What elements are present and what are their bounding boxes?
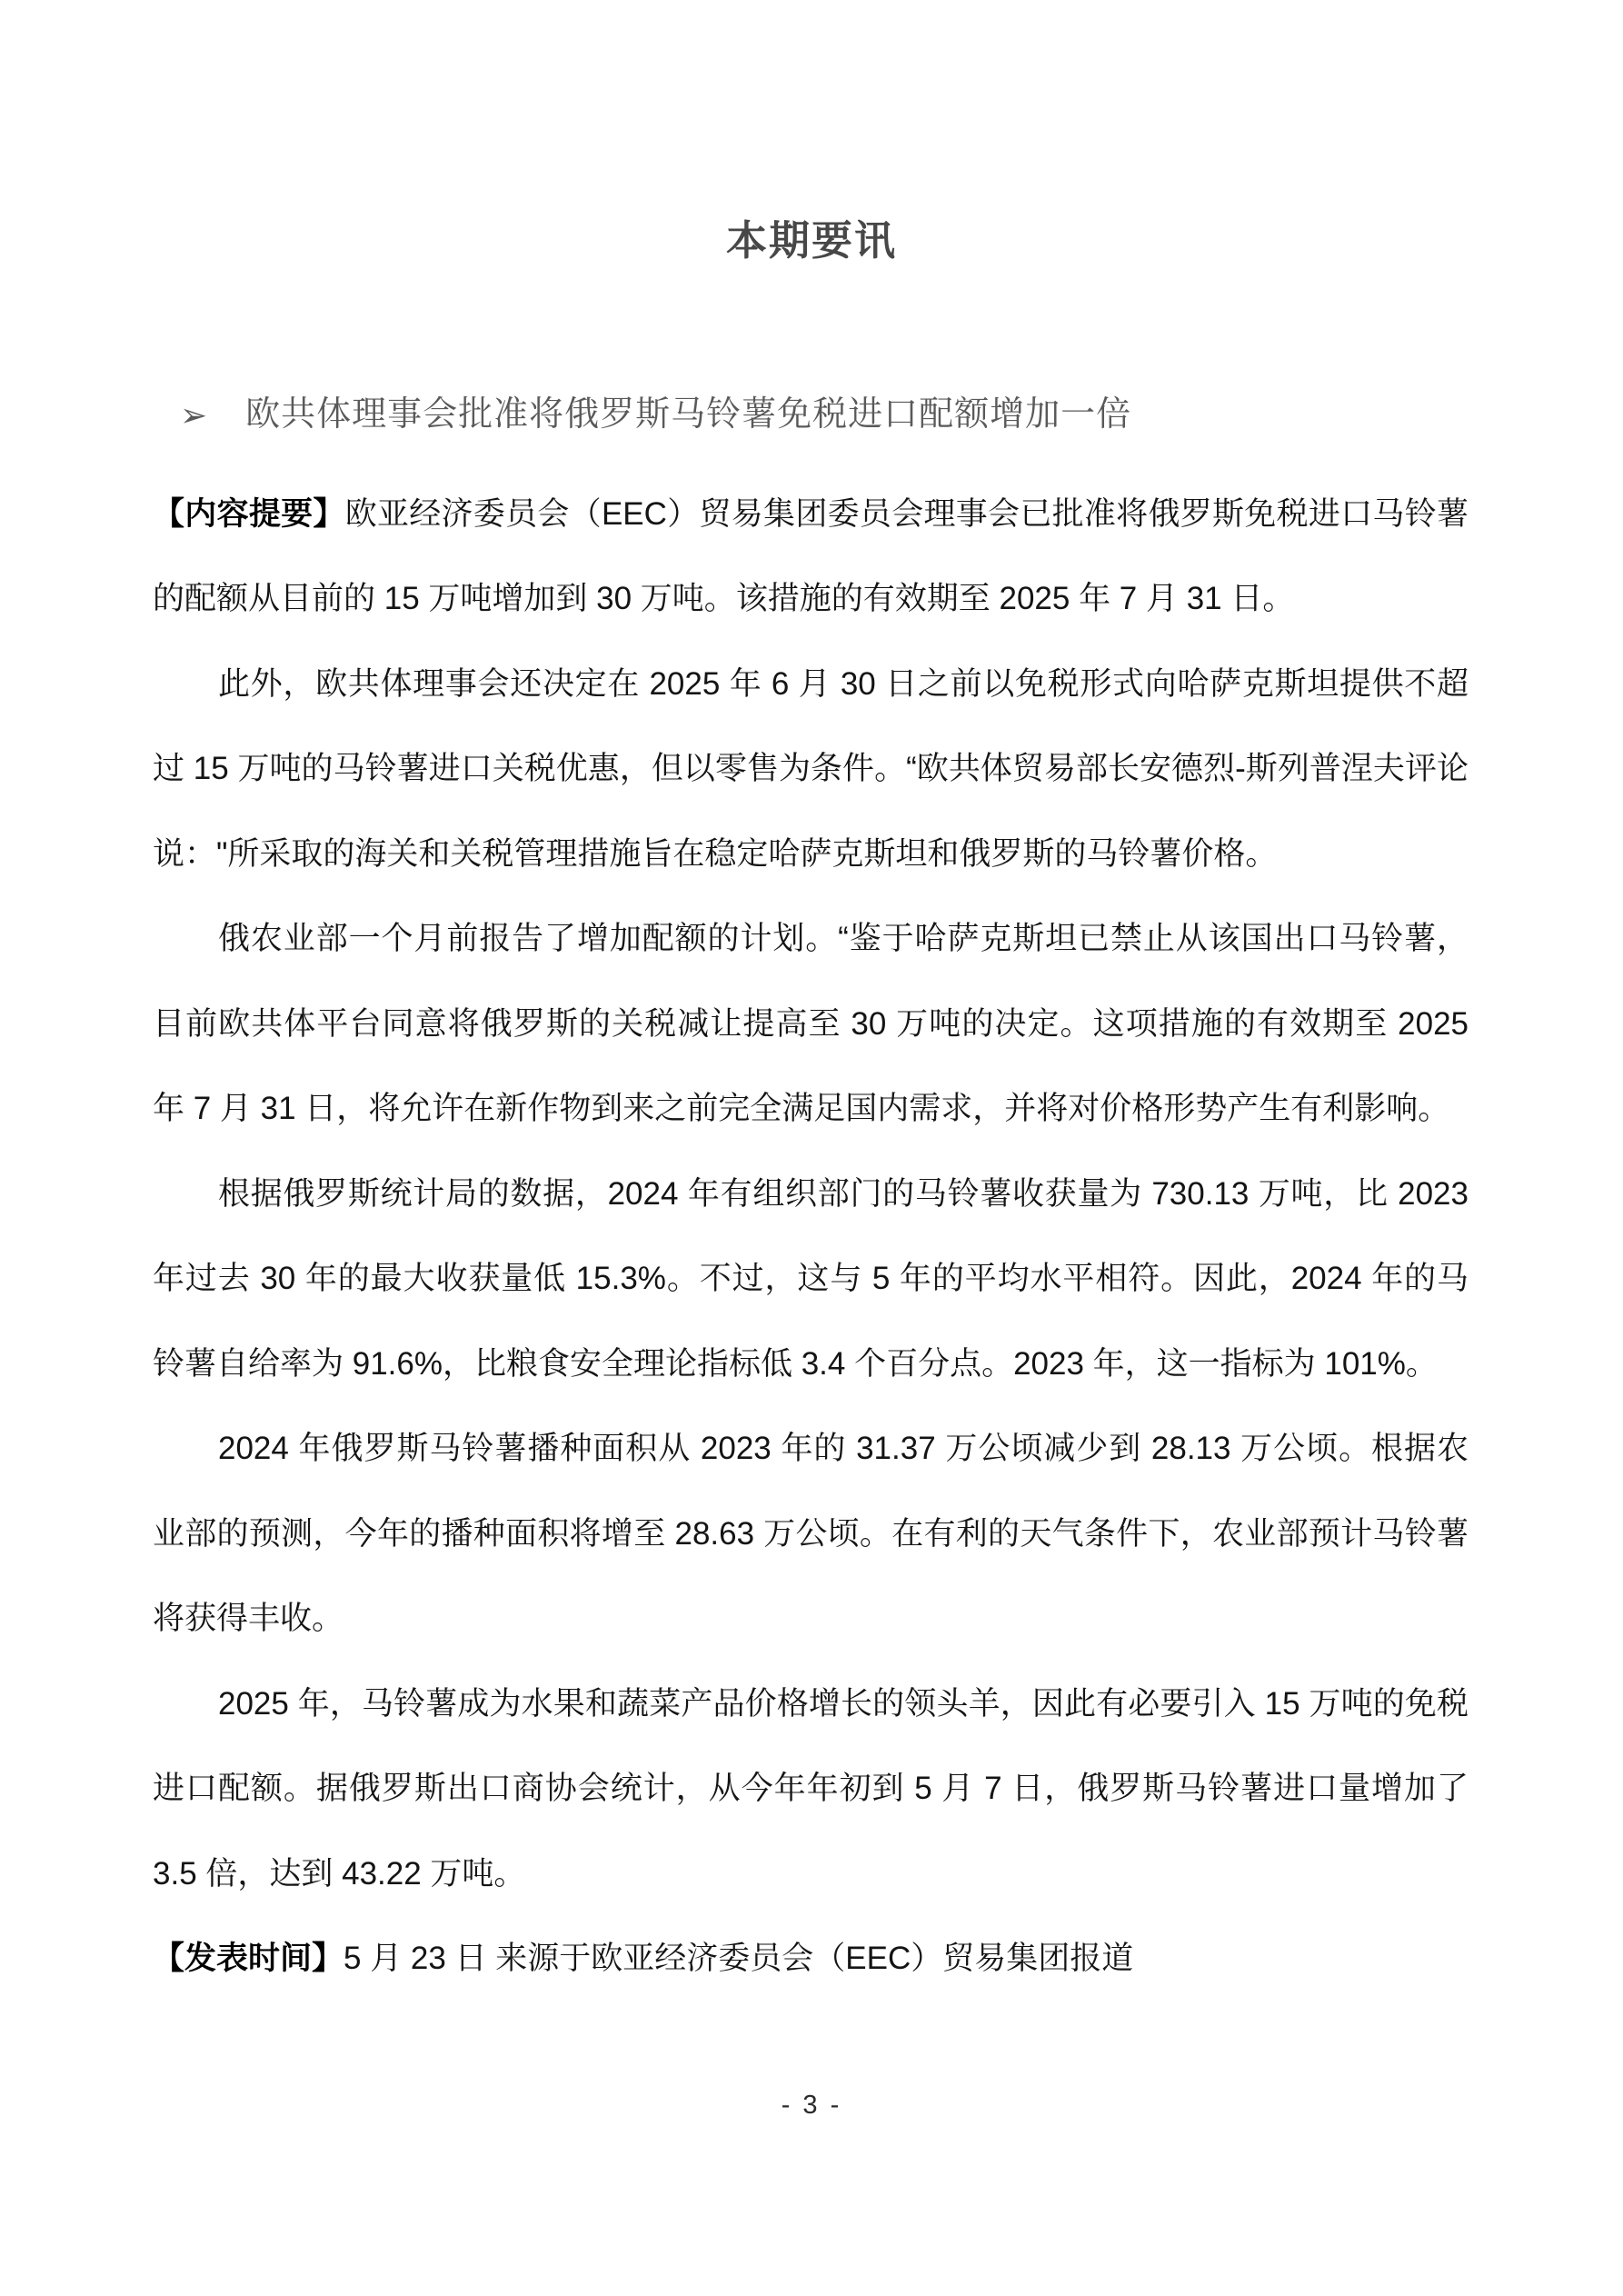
article-headline-row: ➢ 欧共体理事会批准将俄罗斯马铃薯免税进口配额增加一倍 [180, 394, 1469, 436]
paragraph: 俄农业部一个月前报告了增加配额的计划。“鉴于哈萨克斯坦已禁止从该国出口马铃薯，目… [153, 896, 1469, 1152]
paragraph-label: 【发表时间】 [153, 1941, 344, 1976]
paragraph-label: 【内容提要】 [153, 496, 345, 532]
arrow-bullet-icon: ➢ [180, 395, 207, 434]
paragraph: 【发表时间】5 月 23 日 来源于欧亚经济委员会（EEC）贸易集团报道 [153, 1916, 1469, 2002]
paragraph-text: 俄农业部一个月前报告了增加配额的计划。“鉴于哈萨克斯坦已禁止从该国出口马铃薯，目… [153, 921, 1469, 1126]
paragraph-text: 2024 年俄罗斯马铃薯播种面积从 2023 年的 31.37 万公顷减少到 2… [153, 1431, 1469, 1636]
paragraph: 根据俄罗斯统计局的数据，2024 年有组织部门的马铃薯收获量为 730.13 万… [153, 1152, 1469, 1407]
page-number: - 3 - [0, 2091, 1623, 2121]
paragraph-text: 5 月 23 日 来源于欧亚经济委员会（EEC）贸易集团报道 [344, 1941, 1133, 1976]
paragraph-text: 2025 年，马铃薯成为水果和蔬菜产品价格增长的领头羊，因此有必要引入 15 万… [153, 1686, 1469, 1892]
article-body: 【内容提要】欧亚经济委员会（EEC）贸易集团委员会理事会已批准将俄罗斯免税进口马… [0, 472, 1623, 2002]
paragraph: 2025 年，马铃薯成为水果和蔬菜产品价格增长的领头羊，因此有必要引入 15 万… [153, 1662, 1469, 1917]
paragraph: 此外，欧共体理事会还决定在 2025 年 6 月 30 日之前以免税形式向哈萨克… [153, 642, 1469, 897]
paragraph-text: 欧亚经济委员会（EEC）贸易集团委员会理事会已批准将俄罗斯免税进口马铃薯的配额从… [153, 496, 1469, 617]
document-page: 本期要讯 ➢ 欧共体理事会批准将俄罗斯马铃薯免税进口配额增加一倍 【内容提要】欧… [0, 0, 1623, 2296]
page-title: 本期要讯 [0, 0, 1623, 265]
paragraph: 【内容提要】欧亚经济委员会（EEC）贸易集团委员会理事会已批准将俄罗斯免税进口马… [153, 472, 1469, 642]
paragraph-text: 根据俄罗斯统计局的数据，2024 年有组织部门的马铃薯收获量为 730.13 万… [153, 1176, 1469, 1382]
paragraph: 2024 年俄罗斯马铃薯播种面积从 2023 年的 31.37 万公顷减少到 2… [153, 1406, 1469, 1662]
article-headline-text: 欧共体理事会批准将俄罗斯马铃薯免税进口配额增加一倍 [245, 394, 1469, 436]
paragraph-text: 此外，欧共体理事会还决定在 2025 年 6 月 30 日之前以免税形式向哈萨克… [153, 666, 1469, 872]
